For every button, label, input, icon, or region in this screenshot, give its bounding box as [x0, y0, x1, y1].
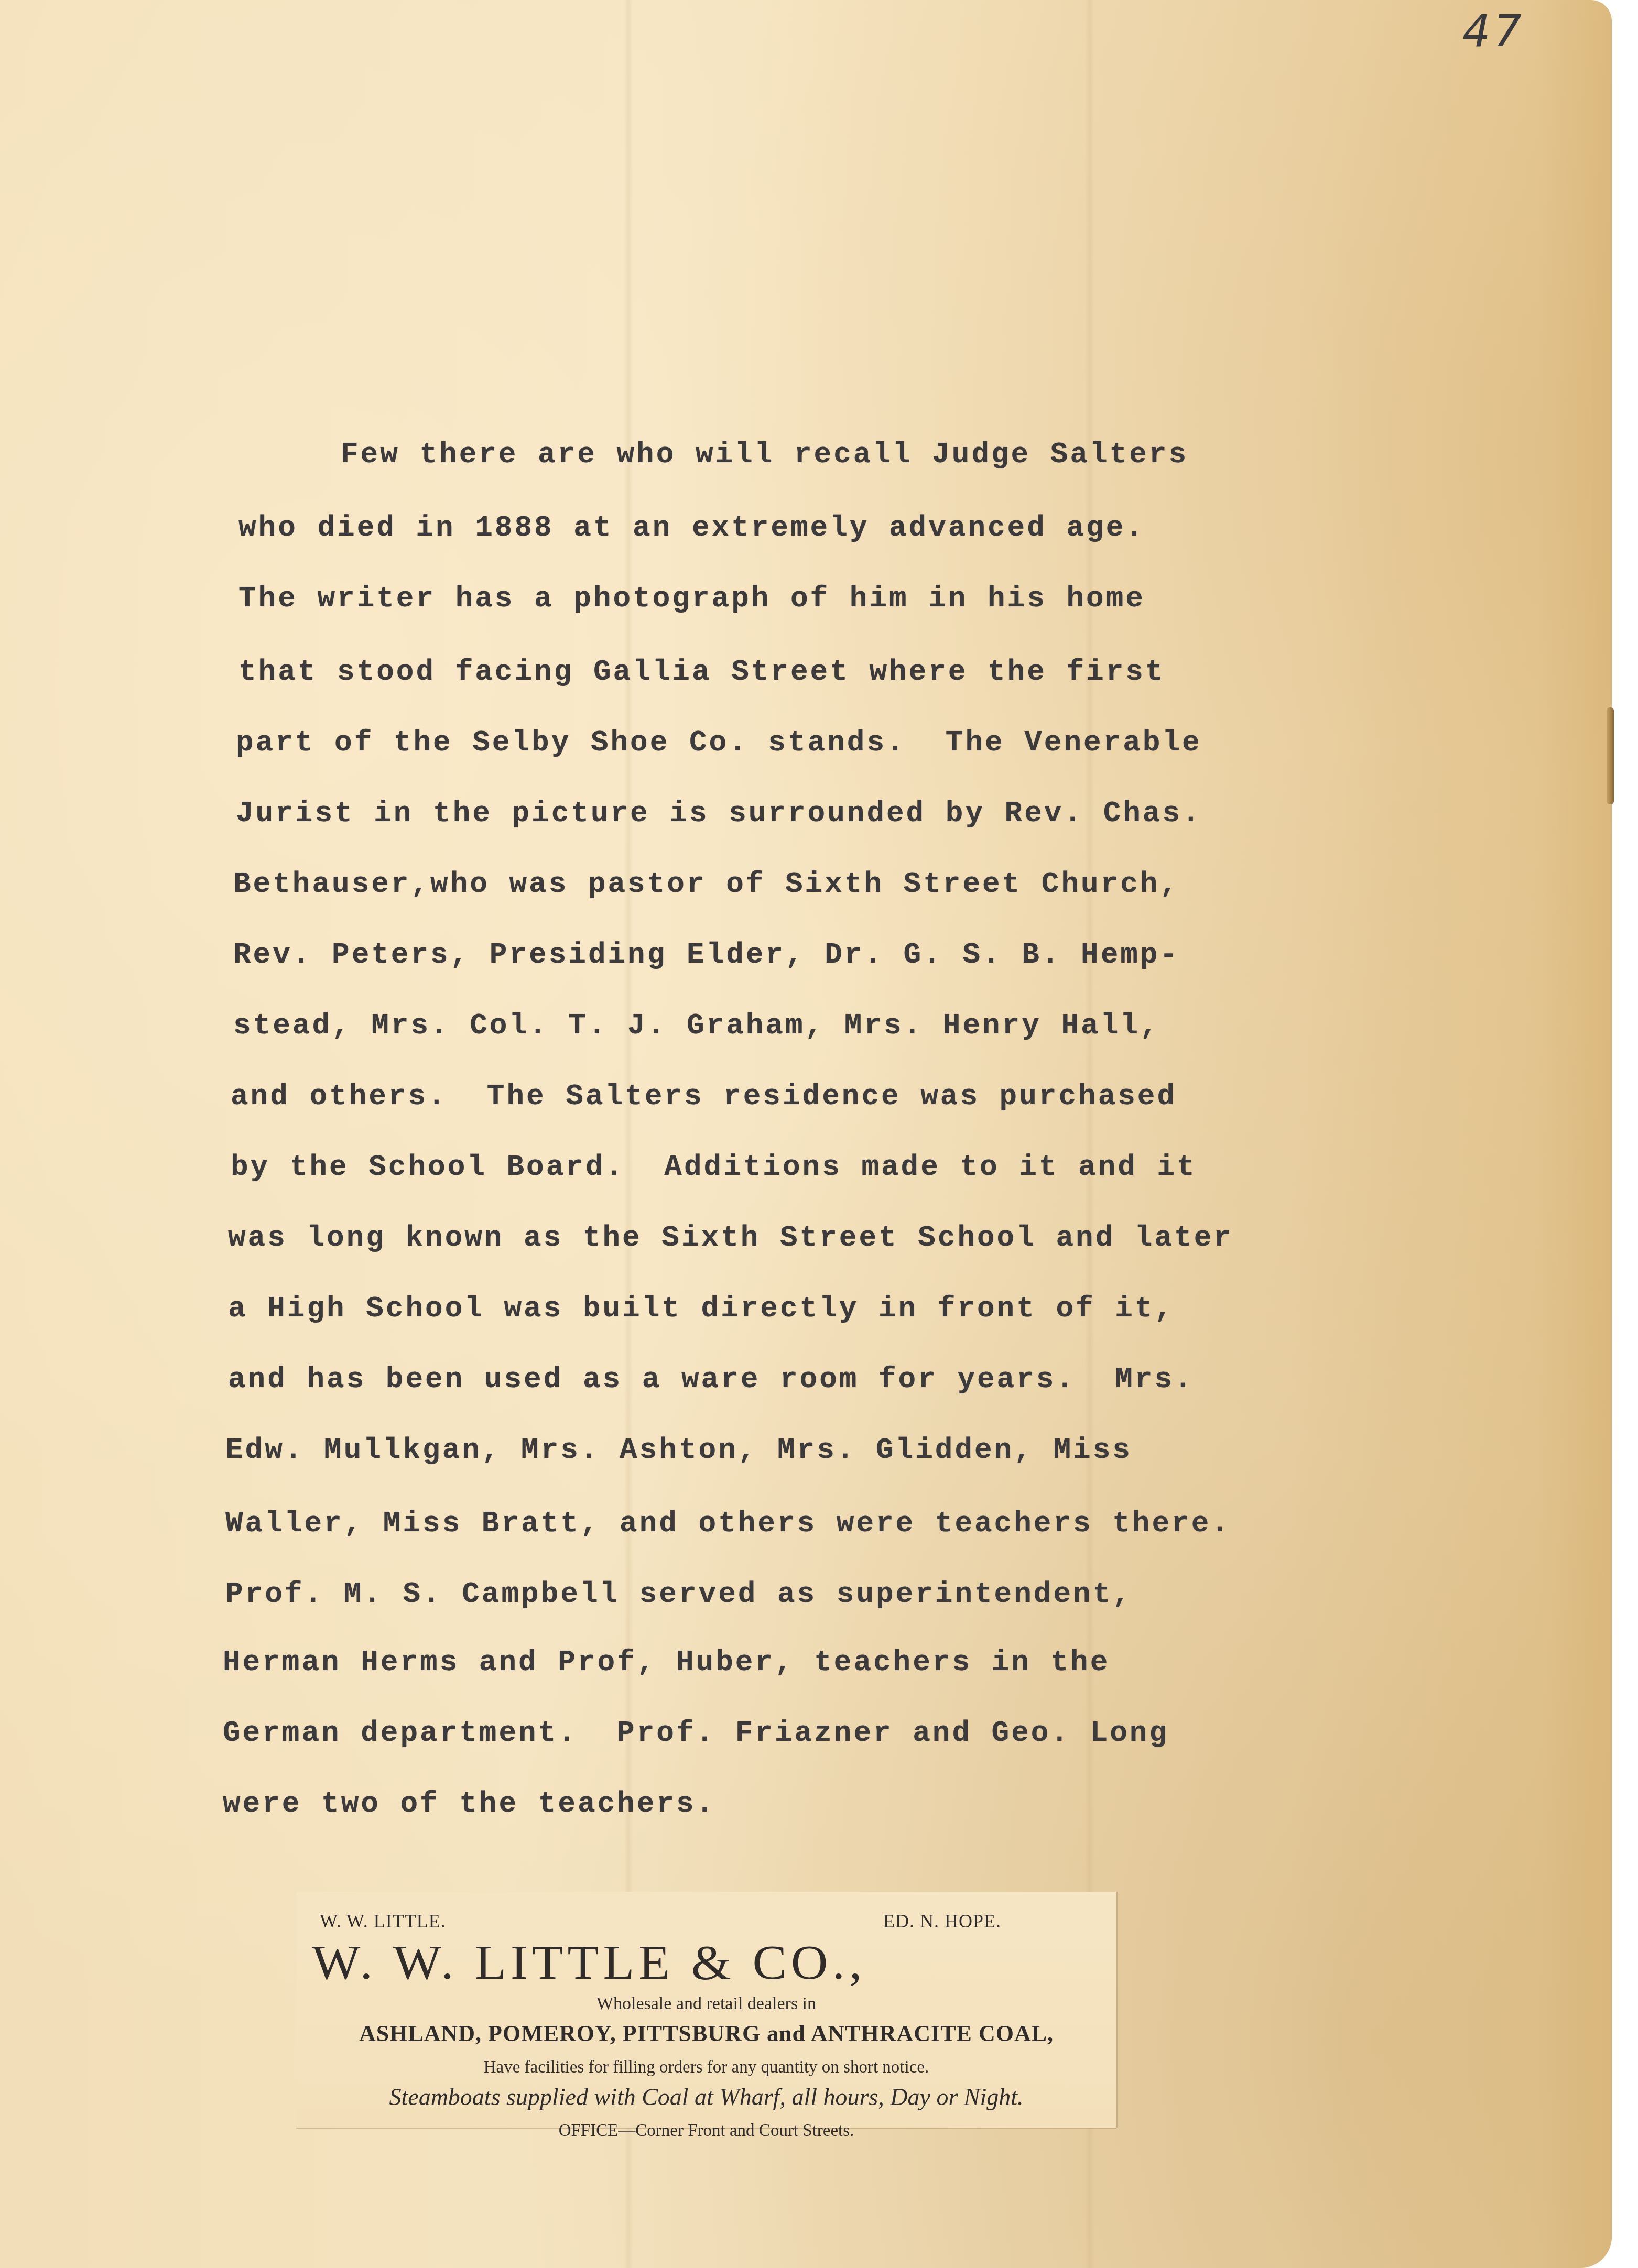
- text-line: a High School was built directly in fron…: [228, 1292, 1174, 1325]
- text-line: was long known as the Sixth Street Schoo…: [228, 1221, 1233, 1255]
- ad-office-address: OFFICE—Corner Front and Court Streets.: [296, 2121, 1116, 2141]
- text-line: German department. Prof. Friazner and Ge…: [223, 1716, 1169, 1750]
- ad-partner-right: ED. N. HOPE.: [883, 1910, 1001, 1932]
- text-line: stead, Mrs. Col. T. J. Graham, Mrs. Henr…: [233, 1009, 1159, 1042]
- ad-partner-left: W. W. LITTLE.: [320, 1910, 446, 1932]
- ad-coal-types: ASHLAND, POMEROY, PITTSBURG and ANTHRACI…: [296, 2020, 1116, 2047]
- ad-company-name: W. W. LITTLE & CO.,: [312, 1935, 1103, 1991]
- text-line: Waller, Miss Bratt, and others were teac…: [225, 1507, 1231, 1540]
- text-line: that stood facing Gallia Street where th…: [238, 655, 1165, 689]
- text-line: Prof. M. S. Campbell served as superinte…: [225, 1577, 1132, 1611]
- text-line: Bethauser,who was pastor of Sixth Street…: [233, 867, 1179, 901]
- text-line: Rev. Peters, Presiding Elder, Dr. G. S. …: [233, 938, 1179, 972]
- text-line: part of the Selby Shoe Co. stands. The V…: [236, 726, 1202, 759]
- text-line: and has been used as a ware room for yea…: [228, 1362, 1194, 1396]
- ad-subtitle: Wholesale and retail dealers in: [296, 1994, 1116, 2014]
- text-line: by the School Board. Additions made to i…: [231, 1150, 1197, 1184]
- document-page: 47 Few there are who will recall Judge S…: [0, 0, 1612, 2268]
- text-line: Few there are who will recall Judge Salt…: [341, 438, 1188, 471]
- text-line: were two of the teachers.: [223, 1787, 715, 1820]
- text-line: Herman Herms and Prof, Huber, teachers i…: [223, 1645, 1110, 1679]
- newspaper-advertisement-clipping: W. W. LITTLE. ED. N. HOPE. W. W. LITTLE …: [296, 1892, 1116, 2128]
- ad-facilities: Have facilities for filling orders for a…: [296, 2058, 1116, 2077]
- text-line: Jurist in the picture is surrounded by R…: [236, 797, 1202, 830]
- text-line: who died in 1888 at an extremely advance…: [238, 511, 1145, 544]
- ad-steamboats: Steamboats supplied with Coal at Wharf, …: [296, 2083, 1116, 2111]
- text-line: and others. The Salters residence was pu…: [231, 1080, 1177, 1113]
- text-line: Edw. Mullkgan, Mrs. Ashton, Mrs. Glidden…: [225, 1433, 1132, 1467]
- binder-clip-tab: [1607, 707, 1614, 804]
- text-line: The writer has a photograph of him in hi…: [238, 582, 1145, 615]
